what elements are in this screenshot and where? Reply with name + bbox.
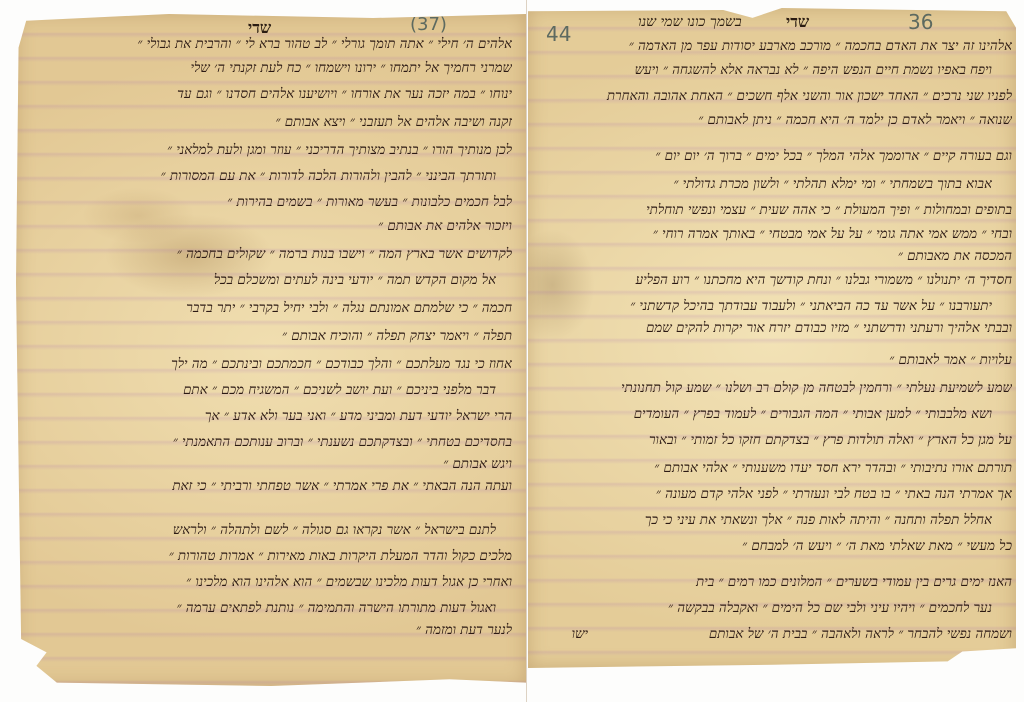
ink-bleed-through [528,8,1016,668]
text-line: תפלה ״ ויאמר יצחק תפלה ״ והוכיח אבותם ״ [196,328,512,346]
text-line: ויזכור אלהים את אבותם ״ [286,218,512,236]
text-line: ובבתי אלהיך ורעתני ודרשתני ״ מזיו כבודם … [532,320,1012,338]
text-line: זקנה ושיבה אלהים אל תעזבני ״ ויצא אבותם … [176,114,512,132]
text-line: שנואה ״ ויאמר לאדם כן ילמד ה׳ היא חכמה ״… [628,112,1012,130]
text-line: ובחי ״ ממש אמי אתה גומי ״ על על אמי מבטח… [532,226,1012,244]
left-page: שדי (37) אלהים ה׳ חילי ״ אתה תומך גורלי … [16,14,526,686]
text-line: בחסדיכם בטחתי ״ ובצדקתכם נשענתי ״ וברוב … [36,434,512,452]
text-line: ואחרי כן אגול דעות מלכינו שבשמים ״ הוא א… [56,574,512,592]
text-line: אך אמרתי הנה באתי ״ בו בטח לבי ונעזרתי ״… [568,486,1012,504]
shaddai-crest-icon: שדי [248,18,271,38]
page-number: 36 [908,10,933,34]
text-line: אבוא בתוך בשמחתי ״ ומי ימלא תהלתי ״ ולשו… [548,176,992,194]
text-line: נער לחכמים ״ ויהיו עיני ולבי שם כל הימים… [608,600,992,618]
text-line: אלהים ה׳ חילי ״ אתה תומך גורלי ״ לב טהור… [20,36,512,54]
text-line: ושא מלבבותי ״ למען אבותי ״ המה הגבורים ״… [568,406,992,424]
text-line: אחלל תפלה ותחנה ״ והיתה לאות פנה ״ אלך ו… [568,512,992,530]
text-line: חסדיך ה׳ יתנולנו ״ משמורי גבלנו ״ ונחת ק… [568,272,1012,290]
text-line: הרי ישראל יודעי דעת ומביני מדע ״ ואני בע… [46,408,512,426]
text-line: ויגש אבותם ״ [386,456,512,474]
text-line: אחוז כי נגד מעלתכם ״ והלך כבודכם ״ חכמתכ… [32,356,512,374]
text-line: האנז ימים גרים בין עמודי בשערים ״ המלוני… [568,574,1012,592]
text-line: ועתה הנה הבאתי ״ את פרי אמרתי ״ אשר טפחת… [26,478,512,496]
text-line: ינוחו ״ במה יזכה נער את אורחו ״ ויושיענו… [46,86,512,104]
text-line: וגם בעורה קיים ״ ארוממך אלהי המלך ״ בכל … [532,148,1012,166]
text-line: לבל חכמים כלבונות ״ בעשר מאורות ״ בשמים … [106,194,512,212]
text-line: כל מעשי ״ מאת שאלתי מאת ה׳ ״ ויעש ה׳ למב… [568,538,1012,556]
scanned-manuscript: שדי (37) אלהים ה׳ חילי ״ אתה תומך גורלי … [0,0,1024,702]
page-heading: בשמך כונו שמי שנו [638,14,742,31]
text-line: המכסה את מאבותם ״ [848,248,1012,266]
text-line: בתופים ובמחולות ״ ופיך המעולת ״ כי אהה ש… [532,202,1012,220]
page-number: (37) [410,14,447,35]
shaddai-crest-icon: שדי [786,12,809,32]
right-page: 44 בשמך כונו שמי שנו שדי 36 אלהינו זה יצ… [528,8,1016,668]
text-line: אל מקום הקדש תמה ״ יודעי בינה לעתים ומשכ… [26,272,496,290]
text-line: לפניו שני נרכים ״ האחד ישכון אור והשני א… [532,88,1012,106]
text-line: יתעורבנו ״ על אשר עד כה הביאתני ״ ולעבוד… [548,298,992,316]
text-line: חכמה ״ כי שלמתם אמונתם נגלה ״ ולבי יחיל … [36,300,512,318]
text-line: שמע לשמיעת נעלתי ״ ורחמין לבטחה מן קולם … [532,380,1012,398]
text-line: ישו [548,626,588,644]
text-line: מלכים כקול והדר המעלת היקרות באות מאירות… [36,548,512,566]
text-line: דבר מלפני ביניכם ״ ועת יושב לשניכם ״ המש… [30,382,496,400]
text-line: שמרני רחמיך אל יתמחו ״ ירונו וישמחו ״ כח… [56,60,512,78]
page-gutter [526,0,527,702]
text-line: לנער דעת ומזמה ״ [306,622,512,640]
text-line: לכן מנותיך הורו ״ בנתיב מצותיך הדריכני ״… [36,142,512,160]
text-line: ותורתך הבינני ״ להבין ולהורות הלכה לדורו… [36,168,496,186]
text-line: ושמחה נפשי להבחר ״ לראה ולאהבה ״ בבית ה׳… [648,626,1012,644]
text-line: ויפח באפיו נשמת חיים הנפש היפה ״ לא נברא… [568,62,992,80]
text-line: על מגן כל הארץ ״ ואלה תולדות פרץ ״ בצדקת… [568,432,1012,450]
text-line: אלהינו זה יצר את האדם בחכמה ״ מורכב מארב… [532,38,1012,56]
text-line: ואגול דעות מתורתו הישרה והתמימה ״ נותנת … [26,600,496,618]
text-line: לקדושים אשר בארץ המה ״ וישבו בנות ברמה ״… [26,246,512,264]
text-line: לתנם בישראל ״ אשר נקראו גם סגולה ״ לשם ו… [46,522,496,540]
text-line: תורתם אורו נתיבותי ״ ובהדר ירא חסד יעדו … [568,460,1012,478]
text-line: עלויות ״ אמר לאבותם ״ [848,352,1012,370]
